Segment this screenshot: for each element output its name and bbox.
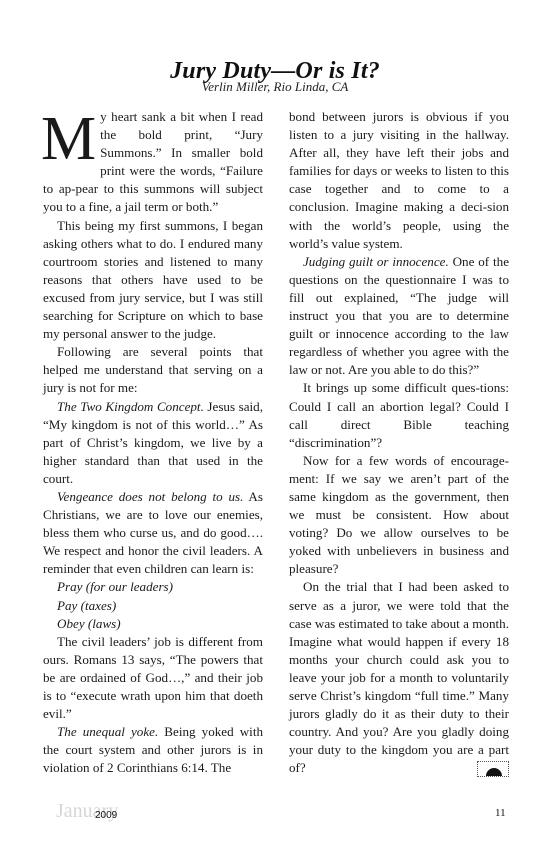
list-item: Obey (laws) bbox=[43, 615, 263, 633]
paragraph: The unequal yoke. Being yoked with the c… bbox=[43, 723, 263, 777]
paragraph: It brings up some difficult ques-tions: … bbox=[289, 379, 509, 451]
section-heading: Judging guilt or innocence. bbox=[303, 254, 449, 269]
paragraph: Vengeance does not belong to us. As Chri… bbox=[43, 488, 263, 578]
paragraph: Following are several points that helped… bbox=[43, 343, 263, 397]
paragraph: Judging guilt or innocence. One of the q… bbox=[289, 253, 509, 380]
section-heading: The Two Kingdom Concept. bbox=[57, 399, 204, 414]
paragraph: On the trial that I had been asked to se… bbox=[289, 578, 509, 777]
paragraph: bond between jurors is obvious if you li… bbox=[289, 108, 509, 253]
page-number: 11 bbox=[495, 807, 506, 819]
right-column: bond between jurors is obvious if you li… bbox=[289, 108, 509, 777]
left-column: My heart sank a bit when I read the bold… bbox=[43, 108, 263, 777]
paragraph-text: One of the questions on the questionnair… bbox=[289, 254, 509, 378]
section-heading: The unequal yoke. bbox=[57, 724, 158, 739]
paragraph: Now for a few words of encourage-ment: I… bbox=[289, 452, 509, 579]
section-heading: Vengeance does not belong to us. bbox=[57, 489, 243, 504]
drop-cap: M bbox=[41, 110, 96, 164]
list-item: Pray (for our leaders) bbox=[43, 578, 263, 596]
paragraph-text: On the trial that I had been asked to se… bbox=[289, 579, 509, 775]
footer-year: 2009 bbox=[95, 810, 117, 821]
paragraph: The Two Kingdom Concept. Jesus said, “My… bbox=[43, 398, 263, 488]
paragraph: My heart sank a bit when I read the bold… bbox=[43, 108, 263, 217]
paragraph: The civil leaders’ job is different from… bbox=[43, 633, 263, 723]
article-byline: Verlin Miller, Rio Linda, CA bbox=[0, 79, 550, 95]
list-item: Pay (taxes) bbox=[43, 597, 263, 615]
paragraph: This being my first summons, I began ask… bbox=[43, 217, 263, 344]
sunrise-ornament-icon bbox=[477, 761, 509, 777]
